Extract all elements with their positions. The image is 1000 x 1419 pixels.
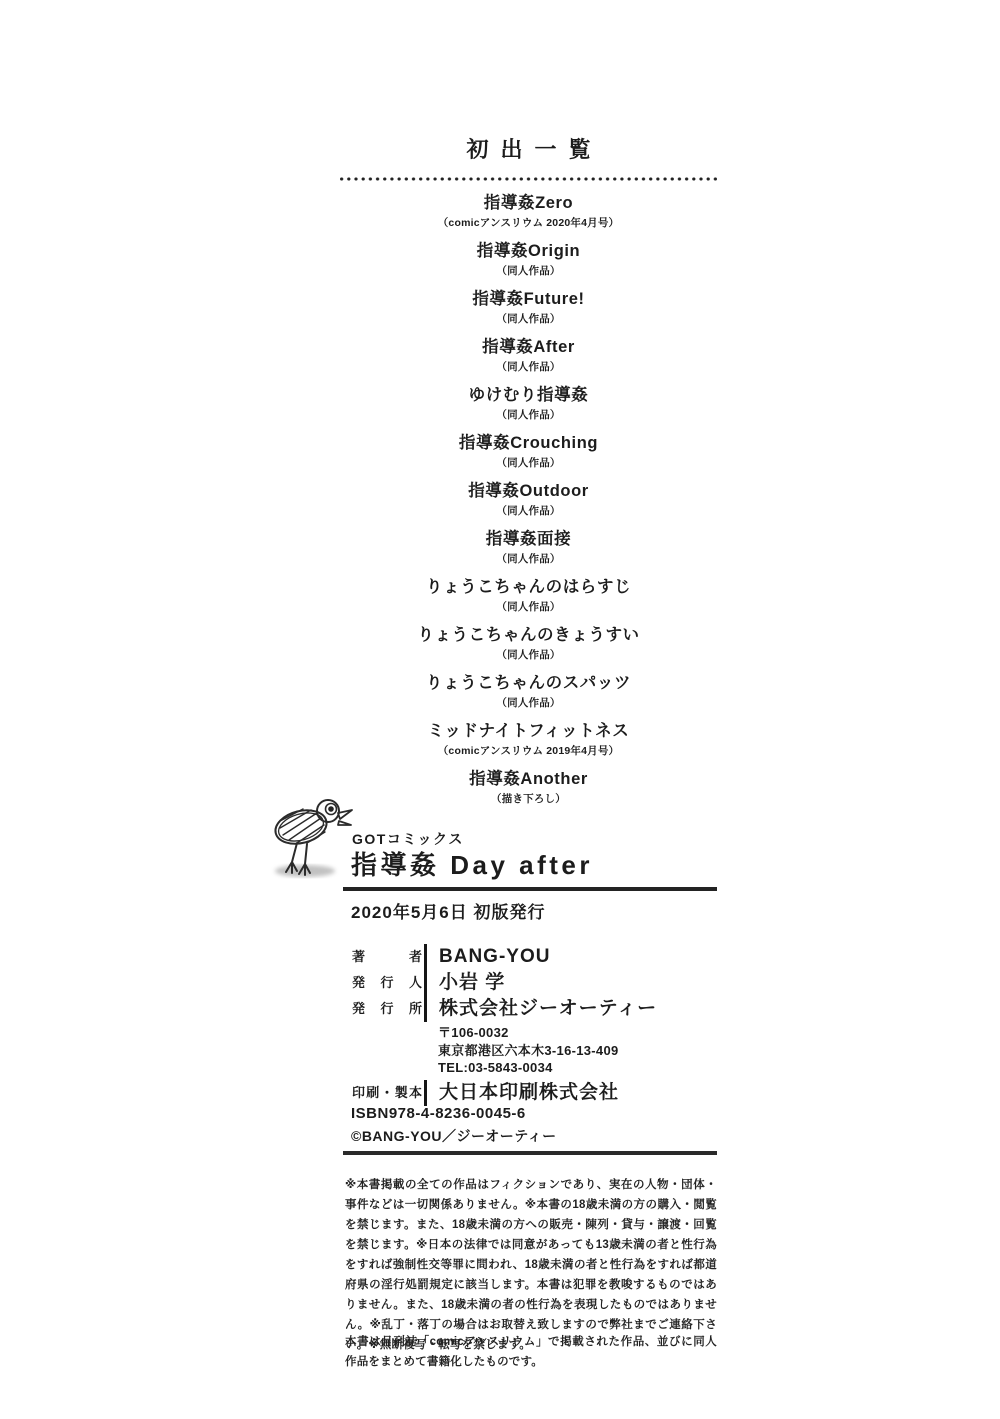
work-title: ゆけむり指導姦 [340,384,717,407]
work-title: りょうこちゃんのスパッツ [340,672,717,695]
work-source-note: （comicアンスリウム 2019年4月号） [340,744,717,758]
work-title: ミッドナイトフィットネス [340,720,717,743]
table-row-author: 著者 BANG-YOU [352,944,718,970]
row-label: 発行所 [352,996,422,1022]
work-item: ゆけむり指導姦 （同人作品） [340,384,717,422]
work-item: 指導姦Zero （comicアンスリウム 2020年4月号） [340,192,717,230]
work-item: 指導姦Crouching （同人作品） [340,432,717,470]
dotted-divider [340,177,717,181]
work-item: 指導姦面接 （同人作品） [340,528,717,566]
work-title: 指導姦Crouching [340,432,717,455]
work-title: 指導姦After [340,336,717,359]
work-source-note: （同人作品） [340,456,717,470]
compilation-note: 本書は月刊誌「comicアンスリウム」で掲載された作品、並びに同人作品をまとめて… [345,1332,717,1372]
first-publication-section: 初出一覧 指導姦Zero （comicアンスリウム 2020年4月号） 指導姦O… [340,136,717,816]
work-source-note: （同人作品） [340,552,717,566]
row-value: 株式会社ジーオーティー [424,996,657,1022]
work-item: ミッドナイトフィットネス （comicアンスリウム 2019年4月号） [340,720,717,758]
legal-disclaimer: ※本書掲載の全ての作品はフィクションであり、実在の人物・団体・事件などは一切関係… [345,1175,717,1355]
work-source-note: （comicアンスリウム 2020年4月号） [340,216,717,230]
publisher-address: 〒106-0032 東京都港区六本木3-16-13-409 TEL:03-584… [424,1024,718,1077]
table-row-printer: 印刷・製本 大日本印刷株式会社 [352,1080,718,1106]
table-row-publisher-company: 発行所 株式会社ジーオーティー [352,996,718,1022]
imprint-label: GOTコミックス [352,829,464,849]
work-item: りょうこちゃんのはらすじ （同人作品） [340,576,717,614]
address-line: 東京都港区六本木3-16-13-409 [438,1042,718,1060]
address-line: TEL:03-5843-0034 [438,1059,718,1077]
work-source-note: （同人作品） [340,696,717,710]
work-source-note: （同人作品） [340,600,717,614]
row-value: BANG-YOU [424,944,550,970]
work-item: りょうこちゃんのきょうすい （同人作品） [340,624,717,662]
work-title: りょうこちゃんのきょうすい [340,624,717,647]
row-label: 著者 [352,944,422,970]
work-source-note: （描き下ろし） [340,792,717,806]
work-title: 指導姦Future! [340,288,717,311]
isbn-number: ISBN978-4-8236-0045-6 [351,1103,557,1125]
work-item: 指導姦Origin （同人作品） [340,240,717,278]
work-item: 指導姦Outdoor （同人作品） [340,480,717,518]
work-item: 指導姦Future! （同人作品） [340,288,717,326]
work-item: りょうこちゃんのスパッツ （同人作品） [340,672,717,710]
work-item: 指導姦After （同人作品） [340,336,717,374]
first-publication-list: 指導姦Zero （comicアンスリウム 2020年4月号） 指導姦Origin… [340,192,717,806]
book-colophon-page: 初出一覧 指導姦Zero （comicアンスリウム 2020年4月号） 指導姦O… [0,0,1000,1419]
work-title: 指導姦Outdoor [340,480,717,503]
copyright-line: ©BANG-YOU／ジーオーティー [351,1125,557,1147]
work-title: 指導姦Zero [340,192,717,215]
work-source-note: （同人作品） [340,648,717,662]
row-value: 大日本印刷株式会社 [424,1080,619,1106]
edition-date: 2020年5月6日 初版発行 [351,898,545,923]
isbn-block: ISBN978-4-8236-0045-6 ©BANG-YOU／ジーオーティー [351,1103,557,1147]
row-label: 印刷・製本 [352,1080,422,1106]
first-publication-heading: 初出一覧 [340,136,717,164]
work-source-note: （同人作品） [340,264,717,278]
table-row-publisher-person: 発行人 小岩 学 [352,970,718,996]
work-title: 指導姦Origin [340,240,717,263]
row-label: 発行人 [352,970,422,996]
work-source-note: （同人作品） [340,312,717,326]
address-line: 〒106-0032 [438,1024,718,1042]
work-source-note: （同人作品） [340,408,717,422]
colophon-table: 著者 BANG-YOU 発行人 小岩 学 発行所 株式会社ジーオーティー 〒10… [352,944,718,1106]
row-value: 小岩 学 [424,970,505,996]
work-item: 指導姦Another （描き下ろし） [340,768,717,806]
work-title: 指導姦面接 [340,528,717,551]
work-title: りょうこちゃんのはらすじ [340,576,717,599]
work-source-note: （同人作品） [340,504,717,518]
book-title: 指導姦 Day after [343,849,717,891]
work-source-note: （同人作品） [340,360,717,374]
work-title: 指導姦Another [340,768,717,791]
section-divider [343,1151,717,1155]
